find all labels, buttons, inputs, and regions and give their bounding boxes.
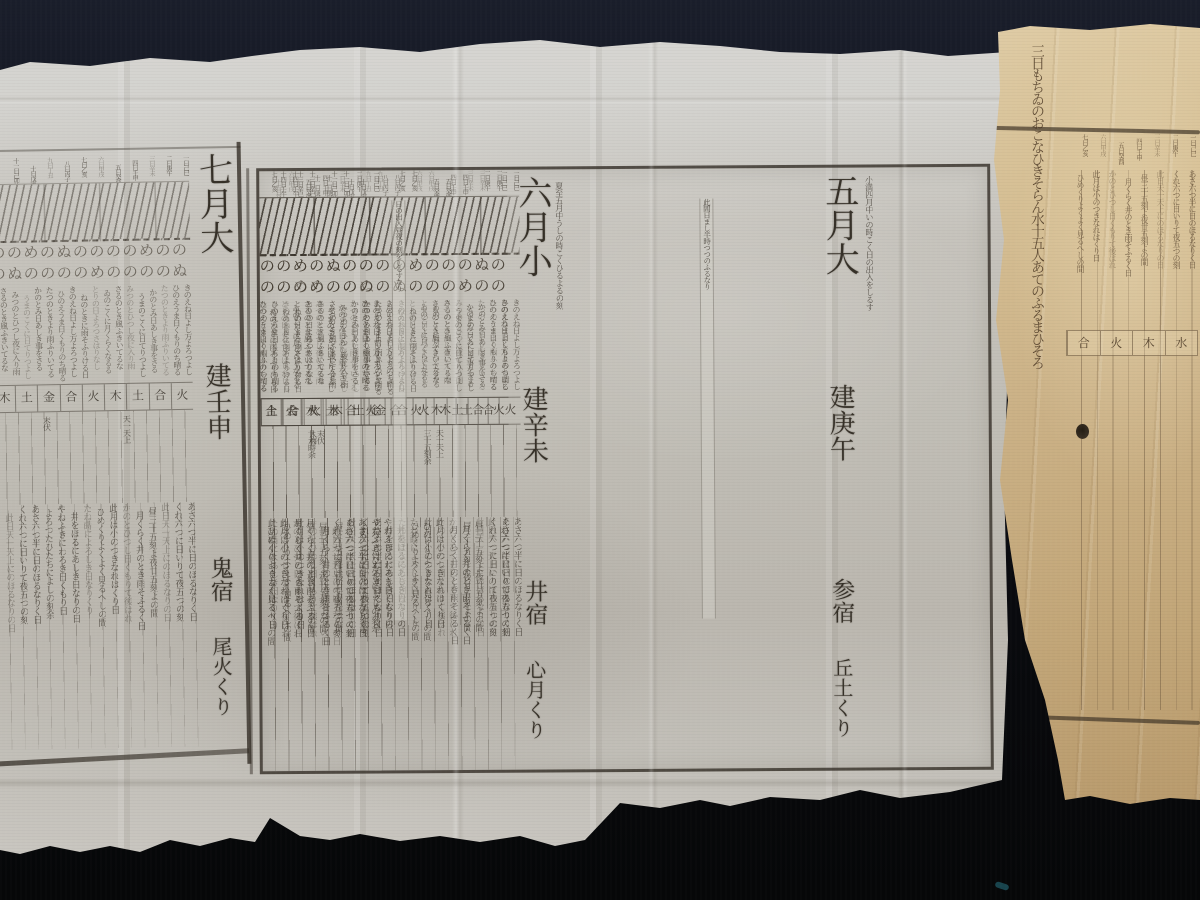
text-column: ひめくりよくよく見るへしの間 bbox=[277, 522, 292, 771]
lunar-mansion: 井宿 bbox=[518, 579, 551, 625]
text-column: 四日壬申 bbox=[451, 174, 468, 198]
month-7-title: 七月大 建壬申 鬼宿 尾火くり bbox=[189, 148, 247, 749]
calendar-frame: 一日己巳二日庚午三日辛未四日壬申五日癸酉六日甲戌七日乙亥八日丙子九日丁丑十日戊寅… bbox=[256, 164, 994, 774]
element-cell: 火 bbox=[281, 399, 301, 425]
wormhole-spot bbox=[1076, 424, 1089, 439]
day-header-row: 一日己巳二日庚午三日辛未四日壬申五日癸酉六日甲戌七日乙亥八日丙子九日丁丑十日戊寅… bbox=[0, 155, 189, 185]
text-column: ひのえうま日くもりのち晴る bbox=[357, 300, 369, 398]
element-cell: 木 bbox=[0, 386, 15, 412]
day-header-row: 一日己巳二日庚午三日辛未四日壬申五日癸酉六日甲戌七日乙亥 bbox=[259, 170, 379, 198]
text-column: 此日天一天上にのほるなりの日 bbox=[482, 517, 497, 770]
text-column: ひのえうま日くもりのち晴る bbox=[497, 299, 509, 397]
text-column: かのとひつし日くもりて後はれ bbox=[443, 517, 458, 770]
text-column: かのとみ日あしき事をさる bbox=[145, 288, 158, 385]
text-column: 一日己巳 bbox=[172, 155, 189, 181]
text-column: 四日壬申 bbox=[311, 175, 328, 198]
inner-annotation-strip: 日の出入昼夜の刻をしるすなり bbox=[391, 200, 408, 620]
text-column: さるのとき風ふきいてるな bbox=[299, 300, 311, 398]
text-column: くれ六つに日いりて夜五つの刻 bbox=[1164, 170, 1180, 710]
calendar-note: 天一天上 bbox=[121, 415, 132, 443]
element-cell: 土 bbox=[321, 399, 341, 425]
element-cell: 火 bbox=[82, 384, 105, 410]
text-column: ひめくりよくよく見るへしの間 bbox=[1068, 174, 1084, 710]
lunar-mansion: 参宿 bbox=[825, 578, 858, 624]
text-column: 昼三十五刻よ夜廿五刻よの間 bbox=[329, 522, 344, 771]
loop-script-row: ののめのぬののののめのののぬののののめののののぬのののめののののぬののののめのの… bbox=[0, 240, 191, 287]
element-cell: 合 bbox=[1067, 331, 1100, 355]
daily-entry-band: あさ六つ半に日のほるなりく日くれ六つに日いりて夜五つの刻此日天一天上にのほるなり… bbox=[261, 517, 383, 771]
text-column: 八日丙子 bbox=[53, 161, 70, 185]
text-column: 三日辛未 bbox=[138, 155, 155, 181]
right-sheet-annotation: 三日もちゐのおこなひきそらん水十五人あてのふるまひそろ bbox=[1010, 44, 1044, 694]
right-calendar-sheet: 一日己巳二日庚午三日辛未四日壬申五日癸酉六日甲戌七日乙亥 三日もちゐのおこなひき… bbox=[970, 0, 1200, 900]
photograph-background: 一日己巳二日庚午三日辛未四日壬申五日癸酉六日甲戌七日乙亥八日丙子九日丁丑十日戊寅… bbox=[0, 0, 1200, 900]
text-column: 十日戊寅 bbox=[19, 165, 36, 185]
element-cell: 合 bbox=[59, 385, 82, 411]
text-column: 四日壬申 bbox=[121, 160, 138, 186]
ruled-column-band: 末伏 天一天上 bbox=[0, 410, 195, 505]
element-cell: 合 bbox=[261, 399, 281, 425]
text-column: 一日己巳 bbox=[362, 170, 379, 196]
calendar-note: 三十五刻余 bbox=[422, 429, 433, 464]
text-column: 六日甲戌 bbox=[417, 170, 434, 196]
text-column: たつのときより雨ふりいてる bbox=[485, 299, 497, 397]
ruled-column-band: 廿六時余 bbox=[261, 425, 382, 518]
text-column: みつのとひつし夜に入り雨 bbox=[311, 300, 323, 398]
month-name: 五月大 bbox=[815, 174, 865, 276]
text-column: うまのこくに日てりつよし bbox=[134, 293, 147, 386]
calendar-note: 末伏 bbox=[41, 416, 52, 430]
element-cell: 合 bbox=[341, 399, 361, 425]
paper-crease-line bbox=[0, 96, 1010, 105]
text-column: 五日癸酉 bbox=[294, 179, 311, 198]
text-column: とりの日よろつさはりなし bbox=[88, 285, 101, 383]
text-column: 二日庚午 bbox=[155, 155, 172, 181]
text-column: かのとみ日あしき事をさる bbox=[474, 303, 486, 398]
element-cell: 土 bbox=[15, 385, 38, 411]
month-kana-note: 心月くり bbox=[521, 659, 550, 739]
text-column: 五日癸酉 bbox=[1106, 142, 1124, 166]
element-cell: 火 bbox=[361, 398, 381, 424]
month-5-opening-columns: 一日己巳二日庚午三日辛未四日壬申五日癸酉六日甲戌七日乙亥 ののめのぬののののめの… bbox=[259, 170, 383, 771]
month-7-block: 一日己巳二日庚午三日辛未四日壬申五日癸酉六日甲戌七日乙亥八日丙子九日丁丑十日戊寅… bbox=[0, 146, 251, 764]
hatch-band bbox=[259, 197, 379, 256]
text-column: きのえね日よし万よろつよし bbox=[368, 299, 380, 397]
text-column: 七日乙亥 bbox=[260, 171, 277, 197]
text-column: ねのときに雨そふりける日 bbox=[265, 308, 277, 398]
loop-script-row: ののめのぬののののめのののぬののののめののののぬのののめののののぬののののめのの… bbox=[260, 255, 380, 300]
element-cell: 木 bbox=[301, 399, 321, 425]
text-column: 昼三十五刻よ夜廿五刻よの間 bbox=[1132, 174, 1148, 710]
text-column: たね蒔によろしき日なりくり bbox=[264, 518, 279, 771]
text-column: 十一日己卯 bbox=[2, 158, 19, 184]
five-element-row: 水木火合 bbox=[1066, 330, 1198, 356]
element-cell: 合 bbox=[148, 383, 171, 409]
month-5-side-annotation: 小満四月中いの時こく日の出入をしるす bbox=[859, 175, 874, 505]
main-calendar-sheet: 一日己巳二日庚午三日辛未四日壬申五日癸酉六日甲戌七日乙亥八日丙子九日丁丑十日戊寅… bbox=[0, 0, 1012, 900]
text-column: 五日癸酉 bbox=[434, 178, 451, 198]
text-column: 二日庚午 bbox=[485, 170, 502, 196]
cursive-text-band: きのえね日よし万よろつよしひのえうま日くもりのち晴るたつのときより雨ふりいてるか… bbox=[0, 284, 193, 385]
text-column: 三日辛未 bbox=[328, 171, 345, 197]
text-column: ねのときに雨そふりける日 bbox=[76, 294, 89, 386]
text-column: ゐのこくに月くらくなるる bbox=[288, 304, 300, 398]
text-column: 八日丙子 bbox=[383, 174, 400, 198]
text-column: かのとみ日あしき事をさる bbox=[334, 304, 346, 399]
day-header-row: 一日己巳二日庚午三日辛未四日壬申五日癸酉六日甲戌七日乙亥 bbox=[1066, 134, 1196, 166]
text-column: 月くらく井のとき雨そふるく日 bbox=[316, 526, 331, 771]
text-column: 六日甲戌 bbox=[277, 171, 294, 197]
text-column: 此月は小のつきなれはくり日 bbox=[1084, 170, 1100, 710]
text-column: ひめくりよくよく見るへしの間 bbox=[417, 521, 432, 771]
text-column: たつのときより雨ふりいてる bbox=[345, 300, 357, 398]
element-cell: 合 bbox=[477, 398, 499, 424]
text-column: とりの日よろつさはりなし bbox=[276, 300, 288, 398]
element-cell: 火 bbox=[171, 383, 194, 409]
month-pillar: 建庚午 bbox=[822, 384, 859, 462]
text-column: あさ六つ半に日のほるなりく日 bbox=[368, 517, 383, 770]
text-column: 七日乙亥 bbox=[70, 157, 87, 183]
text-column: かのとひつし日くもりて後はれ bbox=[303, 518, 318, 771]
text-column: 一日己巳 bbox=[1178, 134, 1196, 166]
text-column: ねのときに雨そふりける日 bbox=[405, 307, 417, 398]
text-column: 月くらく井のとき雨そふるく日 bbox=[456, 525, 471, 771]
text-column: うまのこくに日てりつよし bbox=[463, 307, 475, 398]
element-cell: 木 bbox=[434, 398, 456, 424]
paper-crease-line bbox=[0, 778, 1010, 788]
month-kana-note: 丘土くり bbox=[828, 658, 857, 738]
calendar-note: 廿六時余 bbox=[306, 430, 317, 458]
text-column: 月くらく井のとき雨そふるく日 bbox=[1116, 178, 1132, 710]
text-column: みつのとひつし夜に入り雨 bbox=[122, 285, 135, 383]
text-column: 四日壬申 bbox=[1124, 138, 1142, 166]
text-column: 七日乙亥 bbox=[400, 170, 417, 196]
text-column: うまのこくに日てりつよし bbox=[323, 308, 335, 398]
text-column: かのとひつし日くもりて後はれ bbox=[1100, 170, 1116, 710]
text-column: みつのとひつし夜に入り雨 bbox=[7, 291, 20, 385]
text-column: 六日甲戌 bbox=[1088, 134, 1106, 166]
month-5-title: 五月大 建庚午 参宿 丘土くり bbox=[816, 170, 866, 766]
text-column: 九日丁丑 bbox=[36, 157, 53, 183]
text-column: ゐのこくに月くらくなるる bbox=[428, 303, 440, 398]
daily-entry-band: あさ六つ半に日のほるなりく日くれ六つに日いりて夜五つの刻此日天一天上にのほるなり… bbox=[0, 502, 199, 750]
month-kana-note: 尾火くり bbox=[207, 636, 237, 716]
text-column: うまのこくに日てりつよし bbox=[19, 295, 32, 386]
lunar-mansion: 鬼宿 bbox=[203, 556, 237, 603]
text-column: ゐのこくに月くらくなるる bbox=[99, 289, 112, 385]
element-cell: 金 bbox=[37, 385, 60, 411]
element-cell: 木 bbox=[1132, 331, 1165, 355]
month-6-side-annotation: 夏至五月中うしの時こくひるよるの刻 bbox=[549, 181, 564, 521]
cursive-text-band: きのえね日よし万よろつよしひのえうま日くもりのち晴るたつのときより雨ふりいてるか… bbox=[260, 299, 381, 398]
month-7-content: 一日己巳二日庚午三日辛未四日壬申五日癸酉六日甲戌七日乙亥八日丙子九日丁丑十日戊寅… bbox=[0, 155, 199, 750]
text-column: 六日甲戌 bbox=[87, 156, 104, 182]
element-cell: 火 bbox=[412, 398, 434, 424]
text-column: たつのときより雨ふりいてる bbox=[157, 284, 170, 382]
text-column: 二日庚午 bbox=[1160, 134, 1178, 166]
five-element-row: 火合土木火合金土木 bbox=[0, 382, 193, 413]
text-column: 此日天一天上にのほるなりの日 bbox=[1148, 170, 1164, 710]
text-column: さるのとき風ふきいてるな bbox=[439, 299, 451, 397]
element-cell: 火 bbox=[1100, 331, 1133, 355]
element-cell: 水 bbox=[1165, 331, 1198, 355]
daily-entry-band: あさ六つ半に日のほるなりく日くれ六つに日いりて夜五つの刻此日天一天上にのほるなり… bbox=[1066, 170, 1196, 710]
element-cell: 木 bbox=[104, 384, 127, 410]
text-column: ひのえうま日くもりのち晴る bbox=[53, 290, 66, 385]
teal-speck bbox=[994, 881, 1009, 891]
element-cell: 土 bbox=[126, 383, 149, 409]
text-column: 昼三十五刻よ夜廿五刻よの間 bbox=[469, 521, 484, 771]
text-column: 此日天一天上にのほるなりの日 bbox=[342, 518, 357, 771]
block-border-line bbox=[0, 748, 249, 766]
text-column: とりの日よろつさはりなし bbox=[416, 299, 428, 397]
hatch-band bbox=[0, 182, 190, 243]
five-element-row: 火合土木火合 bbox=[261, 397, 381, 426]
month-pillar: 建辛未 bbox=[515, 385, 552, 463]
text-column: みつのとひつし夜に入り雨 bbox=[451, 299, 463, 397]
month-pillar: 建壬申 bbox=[198, 362, 236, 441]
inner-annotation-strip: 此間日まし半時つつのふるなり bbox=[699, 198, 716, 618]
text-column: 二日庚午 bbox=[345, 171, 362, 197]
text-column: 三日辛未 bbox=[1142, 134, 1160, 166]
text-column: 三日辛未 bbox=[468, 170, 485, 196]
month-name: 七月大 bbox=[188, 152, 239, 255]
element-cell: 土 bbox=[456, 398, 478, 424]
text-column: あさ六つ半に日のほるなりく日 bbox=[1180, 170, 1196, 710]
text-column: 七日乙亥 bbox=[1070, 134, 1088, 166]
